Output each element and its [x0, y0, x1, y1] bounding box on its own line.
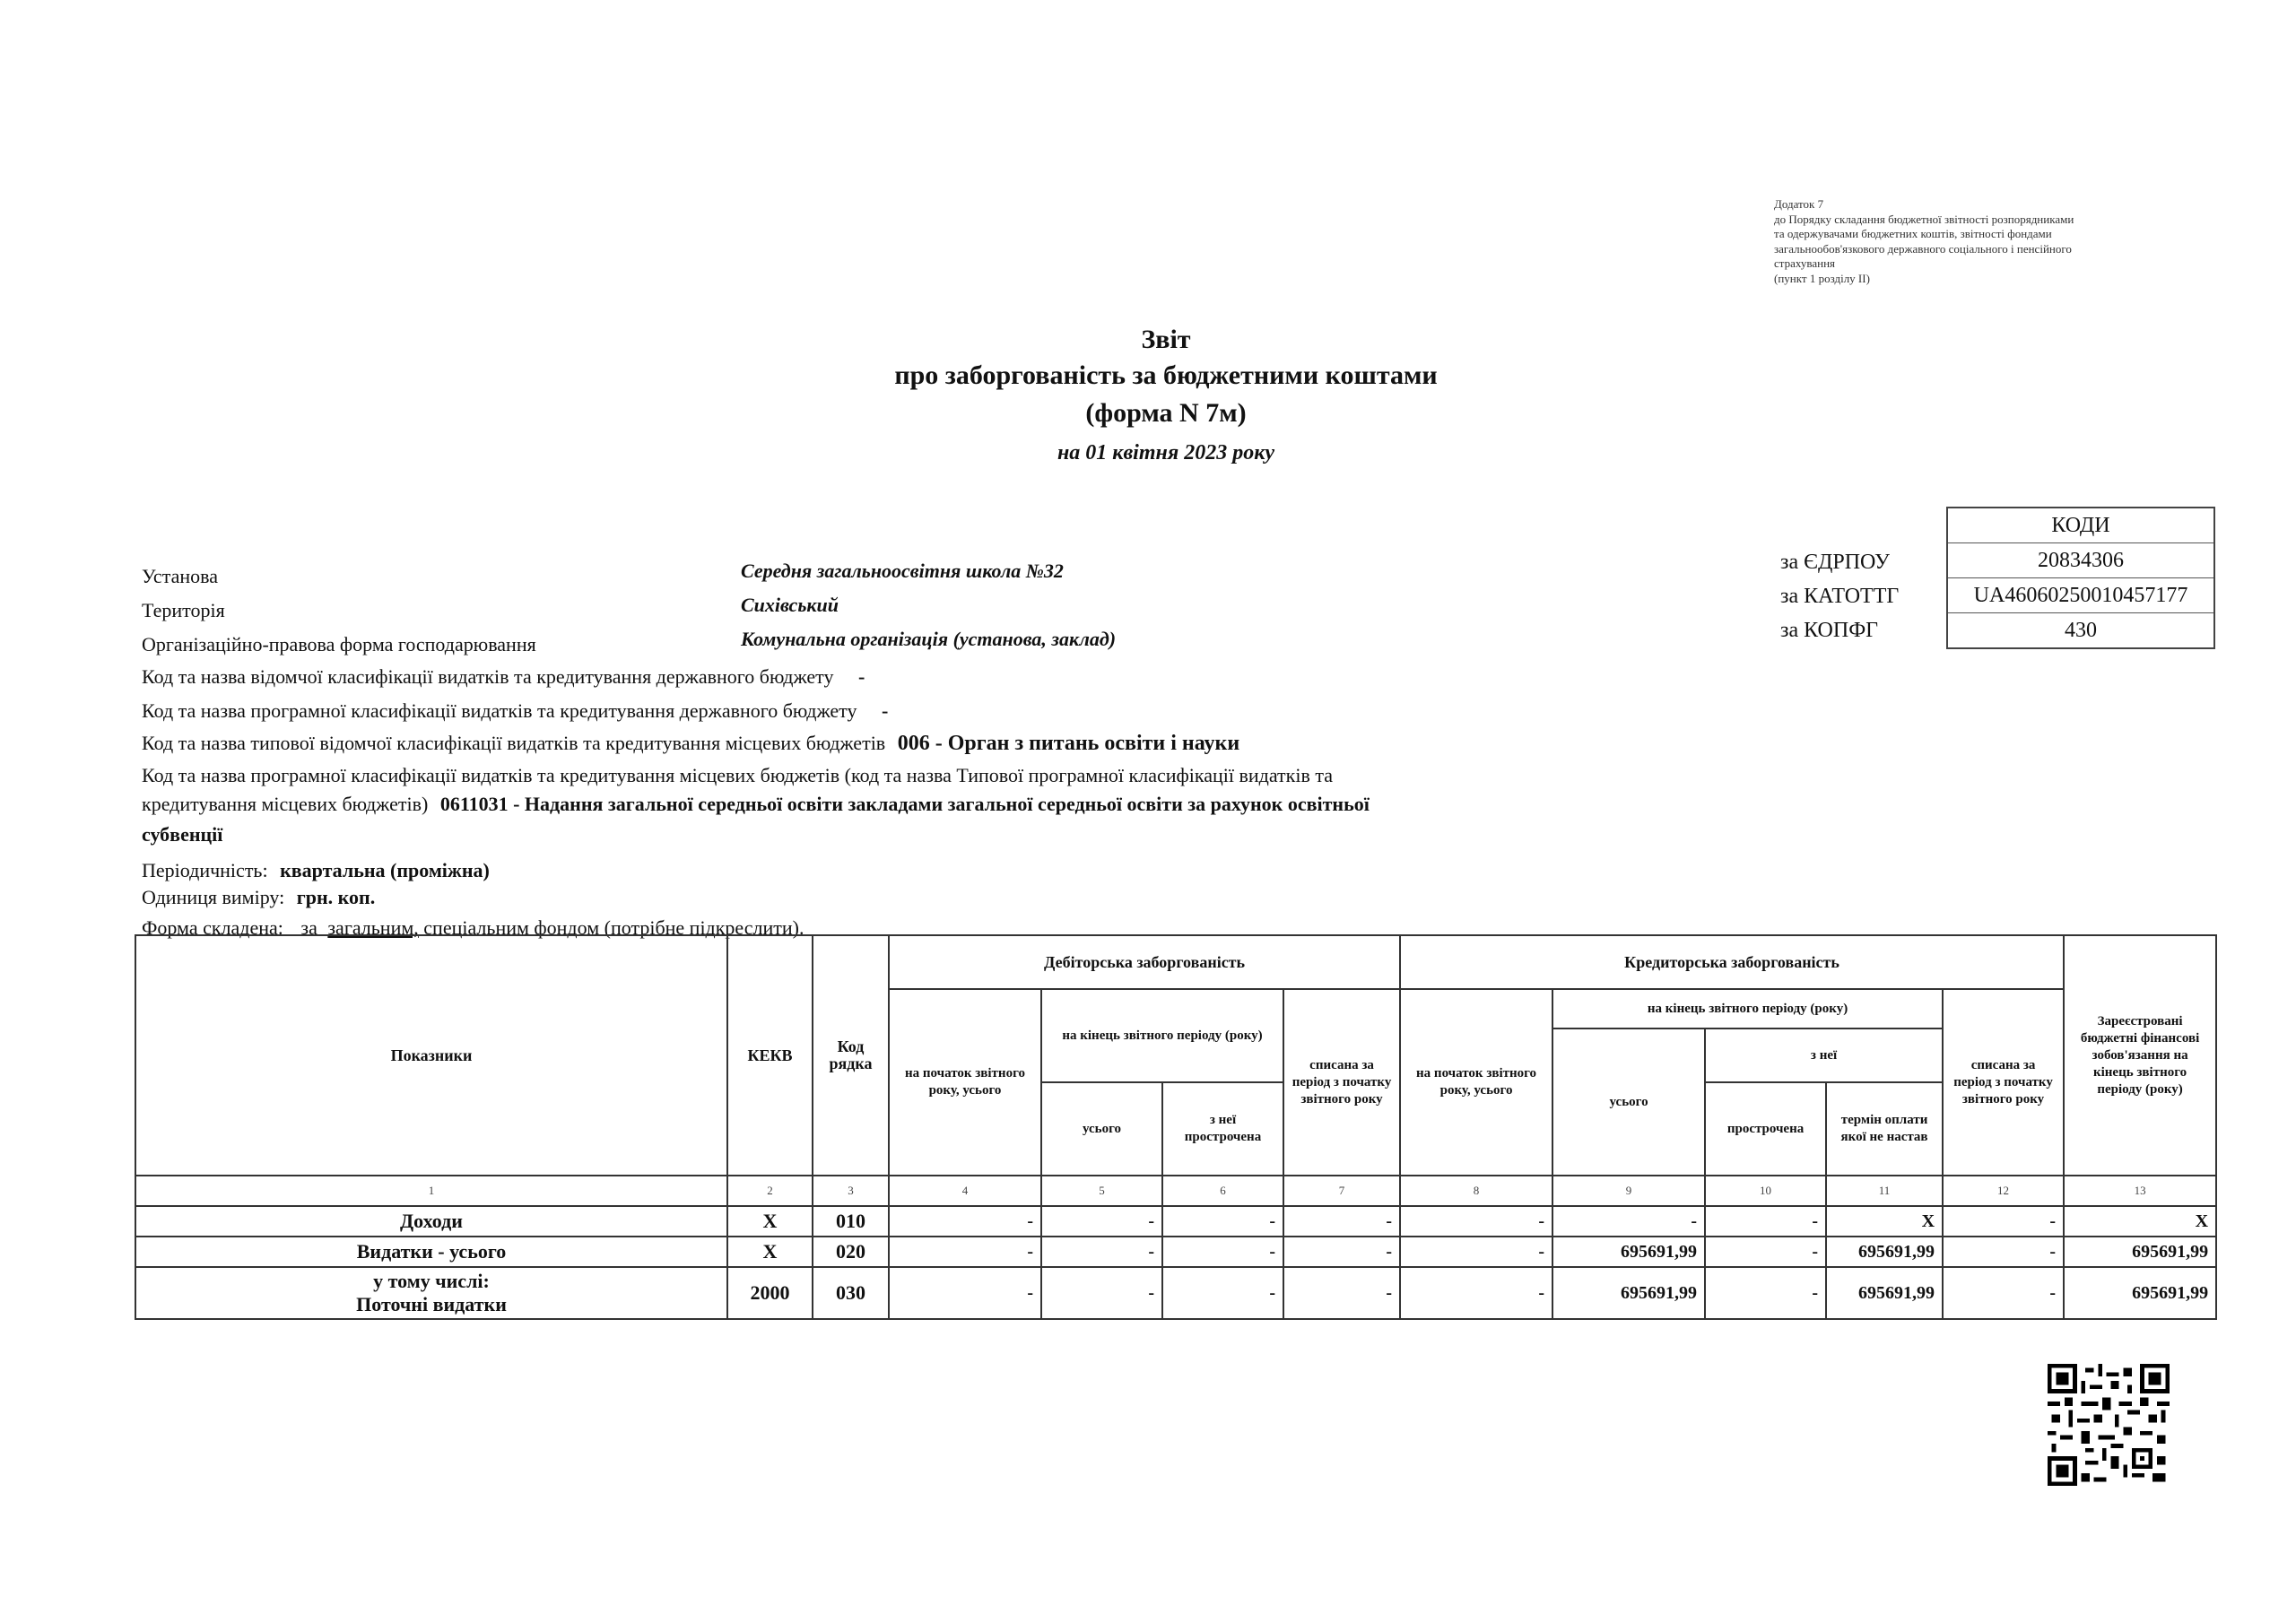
cell: -	[1705, 1206, 1826, 1237]
row-name: Доходи	[135, 1206, 727, 1237]
state-prog-class-value: -	[882, 699, 888, 722]
cell: -	[1400, 1206, 1552, 1237]
annex-line: загальнообов'язкового державного соціаль…	[1774, 242, 2205, 257]
table-row-current-expenses: у тому числі: Поточні видатки 2000 030 -…	[135, 1267, 2216, 1319]
header-debit-written-off: списана за період з початку звітного рок…	[1283, 989, 1400, 1176]
cell: -	[1041, 1237, 1162, 1267]
annex-line: Додаток 7	[1774, 197, 2205, 213]
local-prog-class-value-2: субвенції	[142, 823, 222, 846]
column-numbers-row: 1 2 3 4 5 6 7 8 9 10 11 12 13	[135, 1176, 2216, 1206]
cell: -	[1400, 1237, 1552, 1267]
cell: 695691,99	[2064, 1267, 2216, 1319]
header-credit-overdue: прострочена	[1705, 1082, 1826, 1176]
col-num: 11	[1826, 1176, 1943, 1206]
unit-label: Одиниця виміру:	[142, 886, 284, 908]
cell: 695691,99	[1552, 1237, 1705, 1267]
territory-value: Сихівський	[741, 594, 839, 617]
annex-line: страхування	[1774, 256, 2205, 272]
cell: -	[1283, 1237, 1400, 1267]
report-date: на 01 квітня 2023 року	[0, 441, 2296, 465]
row-name: у тому числі: Поточні видатки	[135, 1267, 727, 1319]
cell: -	[1041, 1267, 1162, 1319]
cell: -	[889, 1206, 1041, 1237]
col-num: 9	[1552, 1176, 1705, 1206]
col-num: 4	[889, 1176, 1041, 1206]
local-prog-class-line: кредитування місцевих бюджетів) 0611031 …	[142, 793, 1756, 816]
cell: -	[1041, 1206, 1162, 1237]
cell: 695691,99	[1826, 1267, 1943, 1319]
cell: -	[1943, 1206, 2064, 1237]
table-row-income: Доходи X 010 - - - - - - - X - X	[135, 1206, 2216, 1237]
periodicity-label: Періодичність:	[142, 859, 268, 881]
row-name: Видатки - усього	[135, 1237, 727, 1267]
table-row-expenses-total: Видатки - усього X 020 - - - - - 695691,…	[135, 1237, 2216, 1267]
code-label-katottg: за КАТОТТГ	[1780, 585, 1899, 609]
row-kekv: 2000	[727, 1267, 813, 1319]
cell: -	[1162, 1237, 1283, 1267]
header-registered: Зареєстровані бюджетні фінансові зобов'я…	[2064, 935, 2216, 1176]
cell: X	[1826, 1206, 1943, 1237]
debt-table: Показники КЕКВ Код рядка Дебіторська заб…	[135, 934, 2217, 1320]
state-dept-class-value: -	[858, 665, 865, 688]
col-num: 7	[1283, 1176, 1400, 1206]
header-credit-end-total: усього	[1552, 1028, 1705, 1176]
row-name-line-2: Поточні видатки	[143, 1293, 719, 1316]
header-indicators: Показники	[135, 935, 727, 1176]
territory-label: Територія	[142, 599, 225, 622]
cell: 695691,99	[2064, 1237, 2216, 1267]
header-debit-end-group: на кінець звітного періоду (року)	[1041, 989, 1283, 1082]
cell: -	[1705, 1237, 1826, 1267]
header-debit-end-total: усього	[1041, 1082, 1162, 1176]
col-num: 1	[135, 1176, 727, 1206]
form-number: (форма N 7м)	[0, 398, 2296, 429]
header-debit-start: на початок звітного року, усього	[889, 989, 1041, 1176]
cell: X	[2064, 1206, 2216, 1237]
col-num: 5	[1041, 1176, 1162, 1206]
state-dept-class-line: Код та назва відомчої класифікації видат…	[142, 665, 865, 689]
legal-form-value: Комунальна організація (установа, заклад…	[741, 628, 1116, 651]
header-credit-of-which: з неї	[1705, 1028, 1943, 1082]
cell: -	[1400, 1267, 1552, 1319]
col-num: 12	[1943, 1176, 2064, 1206]
code-label-edrpou: за ЄДРПОУ	[1780, 551, 1890, 575]
institution-value: Середня загальноосвітня школа №32	[741, 560, 1064, 583]
cell: -	[1162, 1267, 1283, 1319]
code-katottg: UA46060250010457177	[1947, 578, 2214, 613]
unit-line: Одиниця виміру: грн. коп.	[142, 886, 375, 909]
codes-table: КОДИ 20834306 UA46060250010457177 430	[1946, 507, 2215, 649]
cell: -	[889, 1237, 1041, 1267]
row-name-line-1: у тому числі:	[143, 1270, 719, 1293]
row-code: 010	[813, 1206, 889, 1237]
row-kekv: X	[727, 1237, 813, 1267]
row-code: 020	[813, 1237, 889, 1267]
cell: -	[1943, 1267, 2064, 1319]
cell: -	[1283, 1267, 1400, 1319]
col-num: 2	[727, 1176, 813, 1206]
annex-line: та одержувачами бюджетних коштів, звітно…	[1774, 227, 2205, 242]
qr-code-icon	[2048, 1363, 2170, 1487]
col-num: 13	[2064, 1176, 2216, 1206]
header-debit-group: Дебіторська заборгованість	[889, 935, 1400, 989]
annex-line: (пункт 1 розділу II)	[1774, 272, 2205, 287]
local-prog-class-label-2: кредитування місцевих бюджетів)	[142, 793, 428, 815]
state-prog-class-label: Код та назва програмної класифікації вид…	[142, 699, 857, 722]
periodicity-line: Періодичність: квартальна (проміжна)	[142, 859, 490, 882]
periodicity-value: квартальна (проміжна)	[280, 859, 490, 881]
local-prog-class-label-1: Код та назва програмної класифікації вид…	[142, 764, 1738, 787]
codes-heading: КОДИ	[1947, 508, 2214, 543]
report-subtitle: про заборгованість за бюджетними коштами	[0, 360, 2296, 391]
code-kopfg: 430	[1947, 613, 2214, 649]
report-title: Звіт	[0, 325, 2296, 355]
local-dept-class-line: Код та назва типової відомчої класифікац…	[142, 732, 1239, 756]
local-prog-class-value: 0611031 - Надання загальної середньої ос…	[440, 793, 1370, 815]
row-code: 030	[813, 1267, 889, 1319]
local-dept-class-label: Код та назва типової відомчої класифікац…	[142, 732, 885, 754]
state-prog-class-line: Код та назва програмної класифікації вид…	[142, 699, 888, 723]
annex-note: Додаток 7 до Порядку складання бюджетної…	[1774, 197, 2205, 286]
header-row-code: Код рядка	[813, 935, 889, 1176]
cell: -	[1705, 1267, 1826, 1319]
cell: -	[1943, 1237, 2064, 1267]
header-kekv: КЕКВ	[727, 935, 813, 1176]
cell: -	[1283, 1206, 1400, 1237]
col-num: 3	[813, 1176, 889, 1206]
col-num: 8	[1400, 1176, 1552, 1206]
annex-line: до Порядку складання бюджетної звітності…	[1774, 213, 2205, 228]
header-credit-end-group: на кінець звітного періоду (року)	[1552, 989, 1943, 1028]
state-dept-class-label: Код та назва відомчої класифікації видат…	[142, 665, 833, 688]
header-credit-start: на початок звітного року, усього	[1400, 989, 1552, 1176]
header-credit-group: Кредиторська заборгованість	[1400, 935, 2064, 989]
code-label-kopfg: за КОПФГ	[1780, 619, 1878, 643]
header-credit-not-due: термін оплати якої не настав	[1826, 1082, 1943, 1176]
header-credit-written-off: списана за період з початку звітного рок…	[1943, 989, 2064, 1176]
col-num: 6	[1162, 1176, 1283, 1206]
cell: 695691,99	[1826, 1237, 1943, 1267]
cell: 695691,99	[1552, 1267, 1705, 1319]
header-debit-end-overdue: з неї прострочена	[1162, 1082, 1283, 1176]
legal-form-label: Організаційно-правова форма господарюван…	[142, 633, 536, 656]
cell: -	[1552, 1206, 1705, 1237]
row-kekv: X	[727, 1206, 813, 1237]
institution-label: Установа	[142, 565, 218, 588]
unit-value: грн. коп.	[297, 886, 375, 908]
cell: -	[889, 1267, 1041, 1319]
local-dept-class-value: 006 - Орган з питань освіти і науки	[898, 732, 1239, 755]
cell: -	[1162, 1206, 1283, 1237]
code-edrpou: 20834306	[1947, 543, 2214, 578]
col-num: 10	[1705, 1176, 1826, 1206]
